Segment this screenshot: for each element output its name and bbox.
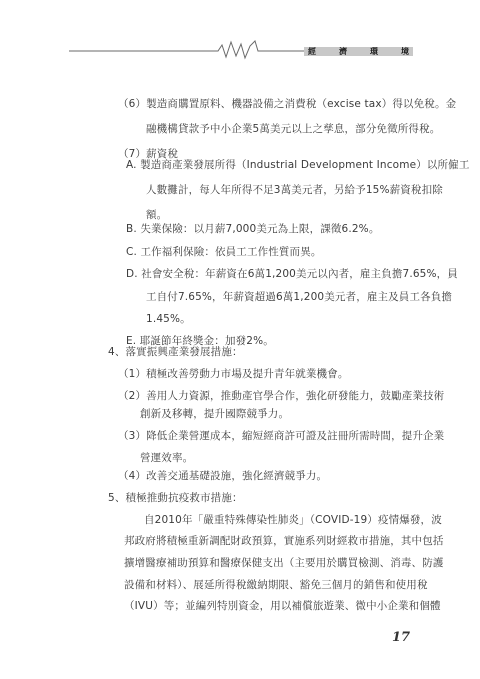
header-pulse-line-icon [0, 0, 480, 70]
text-line-item7a-l2: 人數攤計，每人年所得不足3萬美元者，另給予15%薪資稅扣除 [146, 184, 443, 197]
text-line-sec5: 5、積極推動抗疫救市措施： [108, 492, 243, 505]
page-number: 17 [392, 630, 410, 645]
running-header: 經 濟 環 境 [0, 0, 480, 70]
text-line-item6-l2: 融機構貸款予中小企業5萬美元以上之孳息，部分免徵所得稅。 [146, 123, 440, 136]
text-line-sec4: 4、落實振興產業發展措施： [108, 346, 243, 359]
text-line-sec5-p-l2: 邦政府將積極重新調配財政預算，實施系列財經救市措施，其中包括 [124, 535, 444, 548]
text-line-sec5-p-l1: 自2010年「嚴重特殊傳染性肺炎」（COVID-19）疫情爆發，波 [144, 514, 442, 527]
text-line-sec4-1: （1）積極改善勞動力市場及提升青年就業機會。 [118, 368, 348, 381]
text-line-sec4-3-l1: （3）降低企業營運成本，縮短經商許可證及註冊所需時間，提升企業 [118, 430, 444, 443]
text-line-sec5-p-l4: 設備和材料）、展延所得稅繳納期限、豁免三個月的銷售和使用稅 [124, 579, 428, 592]
text-line-sec4-3-l2: 營運效率。 [140, 452, 193, 465]
section-title-char: 濟 [339, 47, 347, 56]
text-line-item7b: B. 失業保險：以月薪7,000美元為上限，課徵6.2%。 [126, 223, 379, 236]
text-line-sec4-2-l2: 創新及移轉，提升國際競爭力。 [140, 408, 289, 421]
text-line-sec4-4: （4）改善交通基礎設施，強化經濟競爭力。 [118, 470, 327, 483]
text-line-item7c: C. 工作福利保險：依員工工作性質而異。 [126, 246, 322, 259]
text-line-item7a-l3: 額。 [146, 209, 167, 222]
section-title-char: 境 [401, 47, 409, 56]
section-title-char: 環 [370, 47, 378, 56]
text-line-sec5-p-l5: （IVU）等；並編列特別資金，用以補償旅遊業、微中小企業和個體 [124, 600, 441, 613]
text-line-item7d-l3: 1.45%。 [146, 313, 191, 326]
text-line-item7d-l1: D. 社會安全稅：年薪資在6萬1,200美元以內者，雇主負擔7.65%，員 [126, 268, 458, 281]
text-line-item7d-l2: 工自付7.65%，年薪資超過6萬1,200美元者，雇主及員工各負擔 [146, 291, 452, 304]
text-line-item6-l1: （6）製造商購置原料、機器設備之消費稅（excise tax）得以免稅。金 [118, 98, 456, 111]
section-title-char: 經 [308, 47, 316, 56]
text-line-sec4-2-l1: （2）善用人力資源，推動產官學合作，強化研發能力，鼓勵產業技術 [118, 390, 444, 403]
text-line-sec5-p-l3: 擴增醫療補助預算和醫療保健支出（主要用於購買檢測、消毒、防護 [124, 557, 444, 570]
text-line-item7a-l1: A. 製造商產業發展所得（Industrial Development Inco… [126, 159, 469, 172]
section-title-band: 經 濟 環 境 [304, 47, 413, 56]
